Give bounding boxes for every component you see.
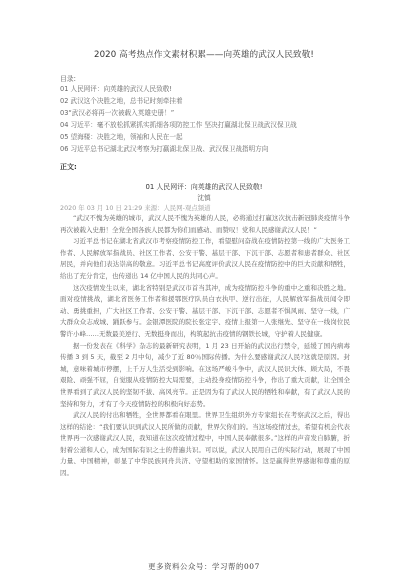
toc-item-01[interactable]: 01 人民网评：向英雄的武汉人民致敬! [60, 84, 360, 96]
document-title: 2020 高考热点作文素材积累——向英雄的武汉人民致敬! [0, 48, 408, 60]
document-page: 2020 高考热点作文素材积累——向英雄的武汉人民致敬! 目录: 01 人民网评… [0, 0, 408, 580]
article-date-source: 2020 年 03 月 10 日 21:29 来源：人民网-观点频道 [60, 203, 211, 212]
toc-label: 目录: [60, 73, 76, 83]
toc-item-03[interactable]: 03“武汉必将再一次被载入英雄史册！” [60, 108, 360, 120]
article-paragraph: 武汉人民的付出和牺牲，全世界都看在眼里。世界卫生组织外方专家组长在考察武汉之后，… [60, 410, 350, 480]
article-title: 01 人民网评：向英雄的武汉人民致敬! [0, 181, 408, 191]
toc-item-04[interactable]: 04 习近平：毫不放松抓紧抓实抓细各项防控工作 坚决打赢湖北保卫战武汉保卫战 [60, 120, 360, 132]
article-paragraph: 这次疫情发生以来，湖北省特别是武汉市首当其冲，成为疫情防控斗争的重中之重和决胜之… [60, 283, 350, 341]
article-paragraph: 习近平总书记在湖北省武汉市考察疫情防控工作，看望慰问奋战在疫情防控第一线的广大医… [60, 236, 350, 282]
article-author: 沈慎 [0, 192, 408, 202]
article-paragraph: “武汉不愧为英雄的城市，武汉人民不愧为英雄的人民，必将通过打赢这次抗击新冠肺炎疫… [60, 213, 350, 236]
article-body: “武汉不愧为英雄的城市，武汉人民不愧为英雄的人民，必将通过打赢这次抗击新冠肺炎疫… [60, 213, 350, 480]
body-section-label: 正文: [60, 162, 77, 172]
toc-item-05[interactable]: 05 望海楼：决胜之地，领袖和人民在一起 [60, 132, 360, 144]
toc-item-06[interactable]: 06 习近平总书记湖北武汉考察为打赢湖北保卫战、武汉保卫战指明方向 [60, 144, 360, 156]
toc-item-02[interactable]: 02 武汉这个决胜之地，总书记时刻牵挂着 [60, 96, 360, 108]
article-paragraph: 据一份发表在《科学》杂志的最新研究表明，1 月 23 日开始的武汉出行禁令，延缓… [60, 341, 350, 411]
footer-watermark: 更多资料公众号：学习帮的007 [0, 561, 408, 572]
table-of-contents: 01 人民网评：向英雄的武汉人民致敬! 02 武汉这个决胜之地，总书记时刻牵挂着… [60, 84, 360, 155]
